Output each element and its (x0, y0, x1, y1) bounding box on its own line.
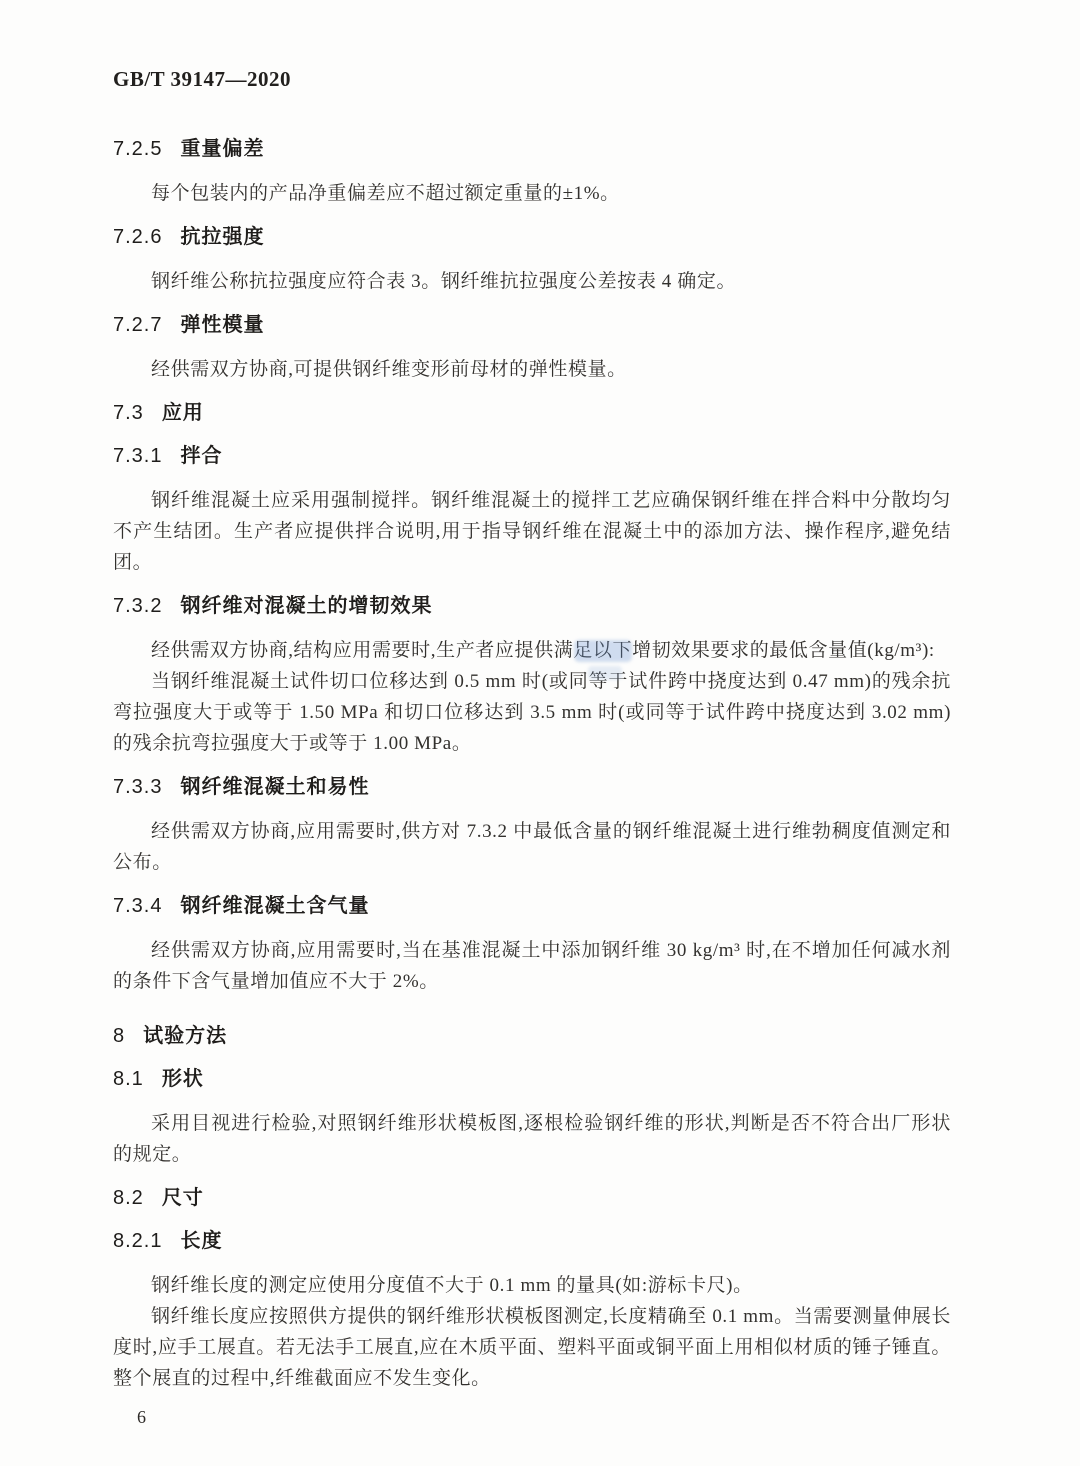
paragraph: 经供需双方协商,应用需要时,供方对 7.3.2 中最低含量的钢纤维混凝土进行维勃… (113, 816, 951, 878)
document-body: 7.2.5重量偏差每个包装内的产品净重偏差应不超过额定重量的±1%。7.2.6抗… (113, 136, 951, 1394)
paragraph: 经供需双方协商,结构应用需要时,生产者应提供满足以下增韧效果要求的最低含量值(k… (113, 635, 951, 666)
section-heading: 7.2.5重量偏差 (113, 136, 951, 162)
section-heading: 8.1形状 (113, 1066, 951, 1092)
section-title: 重量偏差 (180, 138, 264, 160)
section-title: 试验方法 (143, 1025, 227, 1047)
section-heading: 8.2尺寸 (113, 1185, 951, 1211)
paragraph: 经供需双方协商,应用需要时,当在基准混凝土中添加钢纤维 30 kg/m³ 时,在… (113, 935, 951, 997)
section-number: 7.2.6 (113, 226, 162, 248)
section-title: 抗拉强度 (180, 226, 264, 248)
section-title: 钢纤维混凝土含气量 (180, 895, 369, 917)
section-title: 长度 (180, 1230, 222, 1252)
section-number: 7.2.7 (113, 314, 162, 336)
section-heading: 7.3.3钢纤维混凝土和易性 (113, 774, 951, 800)
section-title: 形状 (162, 1068, 204, 1090)
section-heading: 7.2.7弹性模量 (113, 312, 951, 338)
paragraph: 经供需双方协商,可提供钢纤维变形前母材的弹性模量。 (113, 354, 951, 385)
paragraph: 钢纤维公称抗拉强度应符合表 3。钢纤维抗拉强度公差按表 4 确定。 (113, 266, 951, 297)
section-number: 8.1 (113, 1068, 144, 1090)
section-number: 7.2.5 (113, 138, 162, 160)
section-heading: 7.3.2钢纤维对混凝土的增韧效果 (113, 593, 951, 619)
section-number: 7.3.4 (113, 895, 162, 917)
section-number: 8.2 (113, 1187, 144, 1209)
paragraph: 每个包装内的产品净重偏差应不超过额定重量的±1%。 (113, 178, 951, 209)
paragraph: 钢纤维长度应按照供方提供的钢纤维形状模板图测定,长度精确至 0.1 mm。当需要… (113, 1301, 951, 1394)
section-heading: 8试验方法 (113, 1023, 951, 1049)
section-title: 弹性模量 (180, 314, 264, 336)
section-number: 7.3.2 (113, 595, 162, 617)
paragraph: 采用目视进行检验,对照钢纤维形状模板图,逐根检验钢纤维的形状,判断是否不符合出厂… (113, 1108, 951, 1170)
doc-code: GB/T 39147—2020 (113, 66, 951, 92)
section-title: 拌合 (180, 445, 222, 467)
document-page: GB/T 39147—2020 7.2.5重量偏差每个包装内的产品净重偏差应不超… (0, 0, 1080, 1466)
page-number: 6 (137, 1404, 951, 1430)
paragraph: 钢纤维混凝土应采用强制搅拌。钢纤维混凝土的搅拌工艺应确保钢纤维在拌合料中分散均匀… (113, 485, 951, 578)
paragraph: 钢纤维长度的测定应使用分度值不大于 0.1 mm 的量具(如:游标卡尺)。 (113, 1270, 951, 1301)
section-heading: 7.3应用 (113, 400, 951, 426)
section-title: 尺寸 (162, 1187, 204, 1209)
section-title: 钢纤维混凝土和易性 (180, 776, 369, 798)
section-heading: 7.2.6抗拉强度 (113, 224, 951, 250)
section-number: 7.3 (113, 402, 144, 424)
section-number: 8.2.1 (113, 1230, 162, 1252)
section-number: 7.3.3 (113, 776, 162, 798)
section-number: 7.3.1 (113, 445, 162, 467)
section-title: 应用 (162, 402, 204, 424)
section-number: 8 (113, 1025, 125, 1047)
section-heading: 8.2.1长度 (113, 1228, 951, 1254)
section-title: 钢纤维对混凝土的增韧效果 (180, 595, 432, 617)
section-heading: 7.3.1拌合 (113, 443, 951, 469)
section-heading: 7.3.4钢纤维混凝土含气量 (113, 893, 951, 919)
paragraph: 当钢纤维混凝土试件切口位移达到 0.5 mm 时(或同等于试件跨中挠度达到 0.… (113, 666, 951, 759)
